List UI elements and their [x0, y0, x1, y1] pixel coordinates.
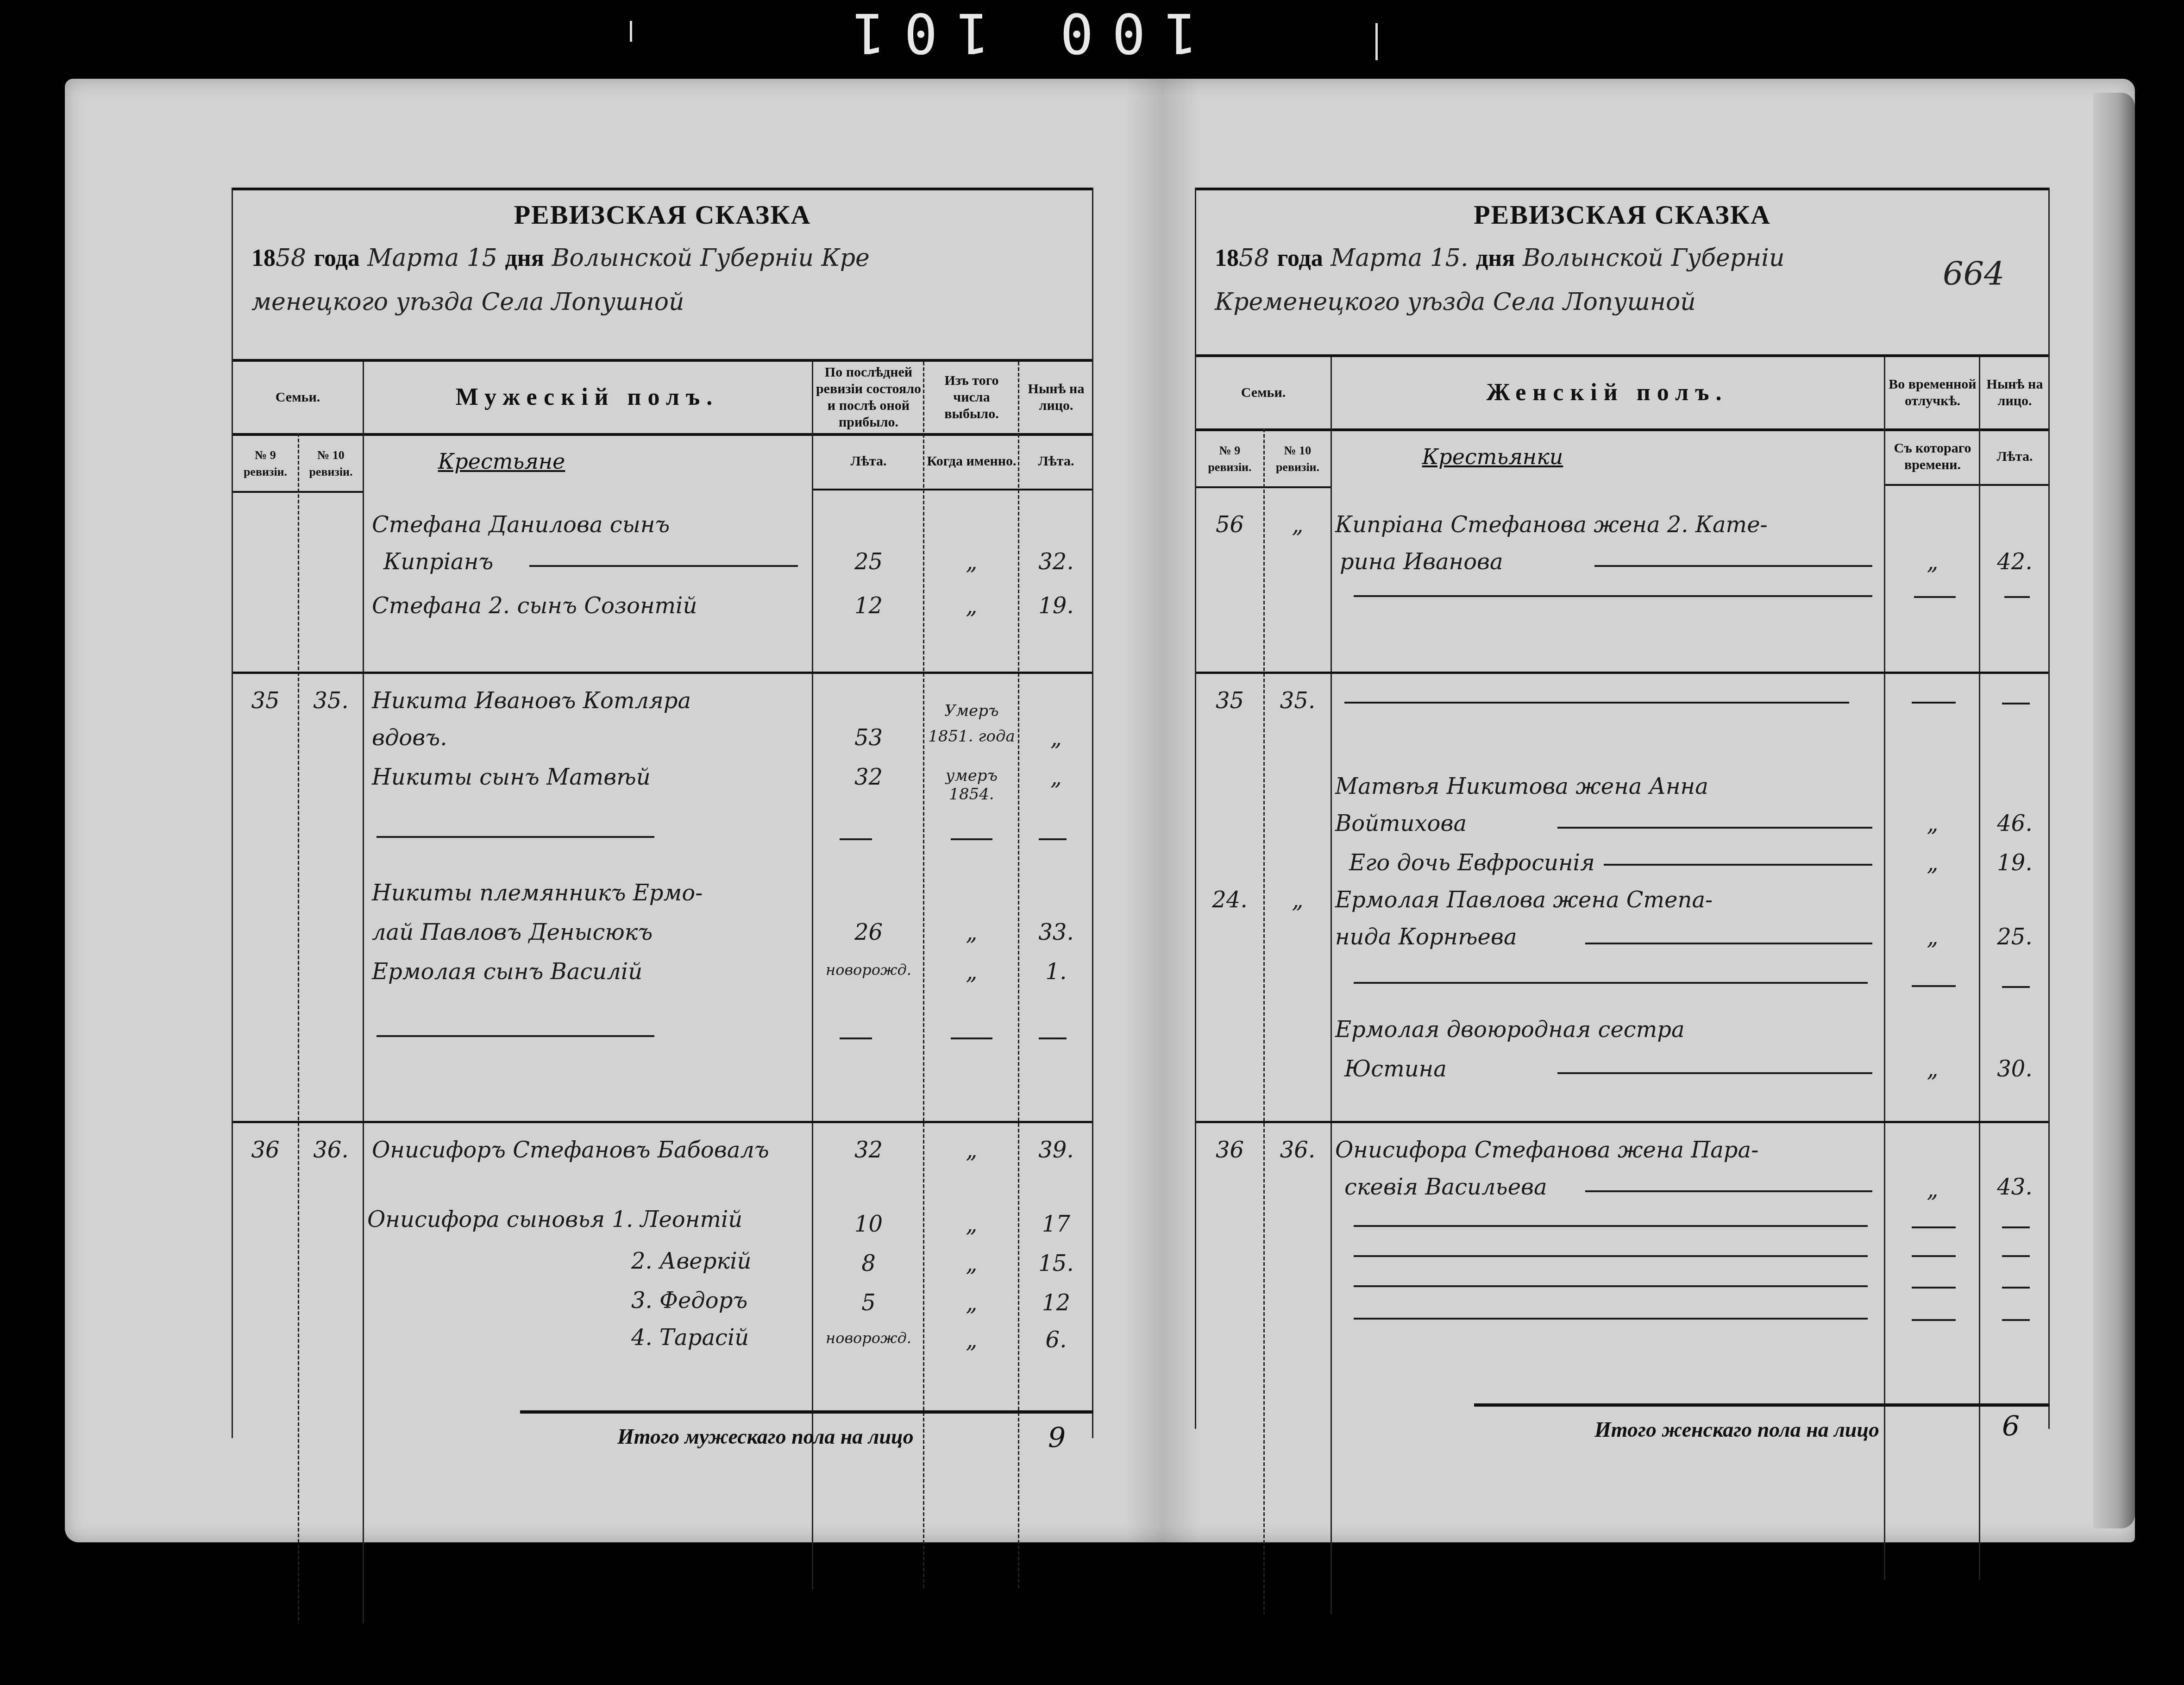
years-present: 19. [1020, 593, 1092, 619]
years-last-revision: 10 [814, 1211, 923, 1237]
person-name: Никиты сынъ Матвѣй [372, 764, 651, 790]
fill-line [1585, 943, 1872, 944]
fill-line [1354, 1225, 1868, 1227]
header-estate: Крестьяне [363, 436, 640, 487]
person-name: 2. Аверкій [631, 1248, 751, 1274]
fill-line [1594, 565, 1872, 567]
header-section-male: Мужескій полъ. [363, 362, 812, 433]
fill-line [529, 565, 798, 567]
years-last-revision: новорожд. [814, 961, 923, 979]
column-divider [1263, 428, 1265, 1614]
district-village: менецкого уѣзда Села Лопушной [251, 288, 684, 316]
header-families: Семьи. [233, 362, 363, 433]
fill-line [1604, 864, 1872, 866]
form-title: РЕВИЗСКАЯ СКАЗКА [233, 199, 1092, 230]
archive-header-strip: 100 101 [0, 0, 2184, 79]
fill-line [1344, 702, 1849, 704]
form-intro: 1858 года Марта 15 дня Волынской Губерні… [251, 236, 1073, 324]
month-day: Марта 15. [1330, 244, 1468, 272]
header-present: Нынѣ на лицо. [1020, 362, 1092, 433]
departed-value: Умеръ [925, 702, 1018, 720]
departed-value: „ [925, 919, 1018, 945]
header-rule [812, 489, 1092, 490]
person-name: Стефана Данилова сынъ [372, 512, 670, 538]
absent-since: „ [1886, 924, 1979, 950]
column-divider [298, 433, 299, 1623]
male-revision-form: РЕВИЗСКАЯ СКАЗКА 1858 года Марта 15 дня … [232, 188, 1093, 1438]
year-handwritten: 58 [1239, 244, 1269, 272]
form-title: РЕВИЗСКАЯ СКАЗКА [1196, 199, 2048, 230]
fill-line [1912, 1287, 1956, 1289]
family-no9: 24. [1196, 887, 1263, 913]
fill-line [1354, 1318, 1868, 1320]
header-last-revision: По послѣдней ревизіи состояло и послѣ он… [814, 362, 923, 433]
header-no10: № 10 ревизіи. [1265, 431, 1330, 487]
family-no9: 35 [1196, 688, 1263, 714]
column-divider [363, 362, 364, 1623]
person-name: Кипріана Стефанова жена 2. Кате- [1335, 512, 1768, 538]
years-present: 39. [1020, 1137, 1092, 1163]
person-name: вдовъ. [372, 725, 447, 751]
person-name: 3. Федоръ [631, 1288, 747, 1314]
header-years-present: Лѣта. [1020, 436, 1092, 487]
family-no10: „ [1265, 887, 1330, 913]
header-no9: № 9 ревизіи. [233, 436, 298, 491]
person-name: Ермолая сынъ Василій [372, 959, 642, 985]
fill-line [840, 1037, 872, 1039]
header-families: Семьи. [1196, 357, 1330, 428]
absent-since: „ [1886, 549, 1979, 575]
year-handwritten: 58 [276, 244, 306, 272]
departed-value: „ [925, 1327, 1018, 1353]
absent-since: „ [1886, 811, 1979, 836]
fill-line [840, 838, 872, 840]
person-name: 4. Тарасій [631, 1325, 749, 1351]
family-no10: „ [1265, 512, 1330, 538]
header-estate: Крестьянки [1330, 431, 1655, 482]
person-name: Войтихова [1335, 811, 1467, 836]
column-divider [1979, 357, 1980, 1580]
day-label: дня [1476, 245, 1515, 271]
fill-line [1912, 1319, 1956, 1321]
total-male-label: Итого мужескаго пола на лицо [617, 1424, 914, 1449]
family-separator [1196, 672, 2048, 674]
absent-since: „ [1886, 1176, 1979, 1202]
person-name: нида Корнѣева [1335, 924, 1517, 950]
family-no10: 35. [299, 688, 363, 714]
day-label: дня [505, 245, 544, 271]
family-no9: 36 [1196, 1137, 1263, 1163]
years-last-revision: 32 [814, 1137, 923, 1163]
fill-line [1557, 1072, 1872, 1074]
fill-line [2002, 986, 2030, 988]
person-name: Юстина [1344, 1056, 1447, 1082]
book-spine [1125, 79, 1199, 1542]
departed-value: „ [925, 1137, 1018, 1163]
total-female-value: 6 [2002, 1410, 2020, 1443]
fill-line [2002, 1226, 2030, 1228]
column-divider [812, 362, 813, 1589]
years-present: 19. [1981, 850, 2048, 876]
header-present: Нынѣ на лицо. [1981, 357, 2048, 428]
person-name: Онисифора сыновья 1. Леонтій [367, 1207, 742, 1232]
fill-line [1354, 1285, 1868, 1287]
years-last-revision: 25 [814, 549, 923, 575]
fill-line [377, 836, 654, 838]
column-divider [923, 362, 924, 1589]
absent-since: „ [1886, 850, 1979, 876]
header-since: Съ котораго времени. [1886, 431, 1979, 482]
departed-value: „ [925, 549, 1018, 575]
header-absent: Во временной отлучкѣ. [1886, 357, 1979, 428]
person-name: Матвѣя Никитова жена Анна [1335, 773, 1708, 799]
person-name: Его дочь Евфросинія [1349, 850, 1595, 876]
fill-line [1039, 1037, 1067, 1039]
departed-value: „ [925, 1251, 1018, 1276]
years-present: 12 [1020, 1290, 1092, 1316]
archive-stamp: 100 101 [834, 5, 1198, 60]
fill-line [1585, 1190, 1872, 1192]
family-no9: 35 [233, 688, 298, 714]
family-no10: 36. [1265, 1137, 1330, 1163]
person-name: Онисифоръ Стефановъ Бабовалъ [372, 1137, 769, 1163]
years-last-revision: 8 [814, 1251, 923, 1276]
month-day: Марта 15 [367, 244, 497, 272]
total-male-value: 9 [1048, 1422, 1066, 1454]
fill-line [1912, 1255, 1956, 1257]
years-present: „ [1020, 764, 1092, 790]
fill-line [1912, 985, 1956, 987]
fill-line [1039, 838, 1067, 840]
years-present: 42. [1981, 549, 2048, 575]
person-name: лай Павловъ Денысюкъ [372, 919, 653, 945]
person-name: Кипріанъ [383, 549, 493, 575]
page-edge [2093, 93, 2135, 1528]
years-present: 43. [1981, 1174, 2048, 1200]
year-label: года [314, 245, 360, 271]
person-name: Стефана 2. сынъ Созонтій [372, 593, 697, 619]
family-separator [233, 672, 1092, 674]
departed-value: умеръ 1854. [925, 767, 1018, 804]
column-divider [1018, 362, 1019, 1589]
district-village: Кременецкого уѣзда Села Лопушной [1215, 288, 1696, 316]
departed-value: „ [925, 1290, 1018, 1316]
fill-line [1354, 982, 1868, 984]
total-female-label: Итого женскаго пола на лицо [1594, 1417, 1879, 1442]
person-name: Ермолая двоюродная сестра [1335, 1017, 1685, 1043]
header-no10: № 10 ревизіи. [299, 436, 363, 491]
year-printed: 18 [1215, 245, 1239, 271]
person-name: Онисифора Стефанова жена Пара- [1335, 1137, 1758, 1163]
absent-since: „ [1886, 1056, 1979, 1082]
family-no10: 36. [299, 1137, 363, 1163]
column-divider [1884, 357, 1885, 1580]
years-last-revision: 53 [814, 725, 923, 751]
province: Волынской Губерніи [1523, 244, 1785, 272]
fill-line [951, 1037, 992, 1039]
years-present: 15. [1020, 1251, 1092, 1276]
person-name: Никиты племянникъ Ермо- [372, 880, 703, 906]
female-revision-form: РЕВИЗСКАЯ СКАЗКА 1858 года Марта 15. дня… [1195, 188, 2050, 1429]
total-rule [1474, 1403, 2050, 1407]
form-intro: 1858 года Марта 15. дня Волынской Губерн… [1215, 236, 2030, 324]
years-last-revision: 26 [814, 919, 923, 945]
fill-line [1354, 595, 1872, 597]
person-name: рина Иванова [1340, 549, 1503, 575]
family-no9: 56 [1196, 512, 1263, 538]
person-name: Никита Ивановъ Котлярa [372, 688, 691, 714]
header-when: Когда именно. [925, 436, 1018, 487]
scan-tick-mark [1375, 23, 1378, 60]
header-years: Лѣта. [814, 436, 923, 487]
years-last-revision: 32 [814, 764, 923, 790]
year-printed: 18 [251, 245, 276, 271]
column-divider [1330, 357, 1332, 1614]
years-last-revision: 12 [814, 593, 923, 619]
fill-line [377, 1035, 654, 1037]
departed-value: „ [925, 593, 1018, 619]
departed-value: 1851. года [925, 727, 1018, 746]
header-no9: № 9 ревизіи. [1196, 431, 1263, 487]
departed-value: „ [925, 1211, 1018, 1237]
fill-line [2002, 1255, 2030, 1257]
years-present: 32. [1020, 549, 1092, 575]
years-last-revision: новорожд. [814, 1329, 923, 1347]
years-present: „ [1020, 725, 1092, 751]
years-present: 30. [1981, 1056, 2048, 1082]
family-separator [1196, 1121, 2048, 1123]
fill-line [1557, 827, 1872, 829]
province: Волынской Губерніи Кре [552, 244, 869, 272]
header-section-female: Женскій полъ. [1330, 357, 1884, 428]
fill-line [2002, 1287, 2030, 1289]
departed-value: „ [925, 959, 1018, 985]
scan-tick-mark [630, 21, 632, 42]
header-years: Лѣта. [1981, 431, 2048, 482]
years-present: 25. [1981, 924, 2048, 950]
family-separator [233, 1121, 1092, 1123]
years-present: 1. [1020, 959, 1092, 985]
person-name: Ермолая Павлова жена Степа- [1335, 887, 1713, 913]
years-present: 6. [1020, 1327, 1092, 1353]
fill-line [951, 838, 992, 840]
top-rule [233, 188, 1092, 190]
year-label: года [1277, 245, 1323, 271]
total-rule [520, 1410, 1093, 1414]
years-present: 33. [1020, 919, 1092, 945]
family-no9: 36 [233, 1137, 298, 1163]
fill-line [1912, 1226, 1956, 1228]
years-last-revision: 5 [814, 1290, 923, 1316]
person-name: скевія Васильева [1344, 1174, 1547, 1200]
fill-line [2002, 703, 2030, 704]
top-rule [1196, 188, 2048, 190]
fill-line [2004, 596, 2030, 598]
fill-line [2002, 1319, 2030, 1321]
years-present: 17 [1020, 1211, 1092, 1237]
fill-line [1914, 596, 1956, 598]
family-no10: 35. [1265, 688, 1330, 714]
fill-line [1912, 702, 1956, 704]
fill-line [1354, 1255, 1868, 1257]
header-rule [1884, 484, 2048, 486]
years-present: 46. [1981, 811, 2048, 836]
header-departed: Изъ того числа выбыло. [925, 362, 1018, 433]
